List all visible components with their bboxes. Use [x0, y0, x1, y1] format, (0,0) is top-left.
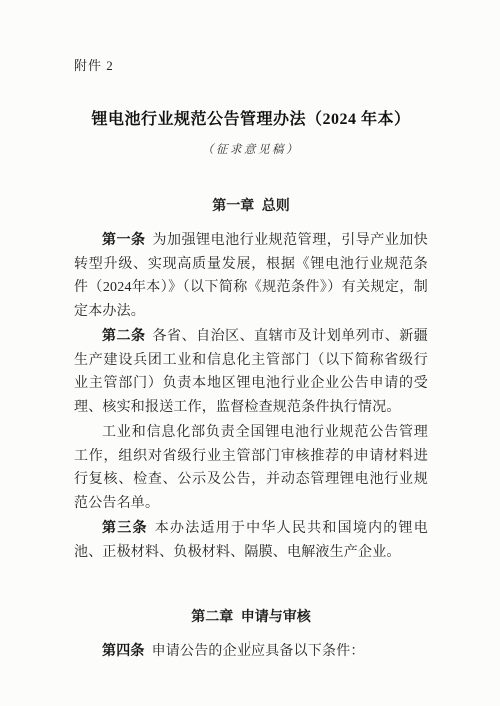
- article-2-number: 第二条: [102, 329, 146, 344]
- article-2-paragraph: 第二条各省、自治区、直辖市及计划单列市、新疆生产建设兵团工业和信息化主管部门（以…: [74, 325, 428, 419]
- page-number: 1: [0, 640, 500, 651]
- article-1-number: 第一条: [102, 233, 146, 248]
- article-1-paragraph: 第一条为加强锂电池行业规范管理，引导产业加快转型升级、实现高质量发展，根据《锂电…: [74, 229, 428, 323]
- document-page: 附件 2 锂电池行业规范公告管理办法（2024 年本） （征求意见稿） 第一章 …: [0, 0, 500, 706]
- article-2-continuation-text: 工业和信息化部负责全国锂电池行业规范公告管理工作，组织对省级行业主管部门审核推荐…: [74, 425, 428, 511]
- attachment-label: 附件 2: [74, 57, 428, 75]
- chapter-2-heading: 第二章 申请与审核: [74, 608, 428, 627]
- document-title: 锂电池行业规范公告管理办法（2024 年本）: [74, 109, 428, 131]
- article-3-paragraph: 第三条本办法适用于中华人民共和国境内的锂电池、正极材料、负极材料、隔膜、电解液生…: [74, 517, 428, 564]
- document-subtitle: （征求意见稿）: [74, 142, 428, 158]
- chapter-1-heading: 第一章 总则: [74, 197, 428, 216]
- article-3-number: 第三条: [102, 521, 148, 536]
- article-2-continuation-paragraph: 工业和信息化部负责全国锂电池行业规范公告管理工作，组织对省级行业主管部门审核推荐…: [74, 421, 428, 515]
